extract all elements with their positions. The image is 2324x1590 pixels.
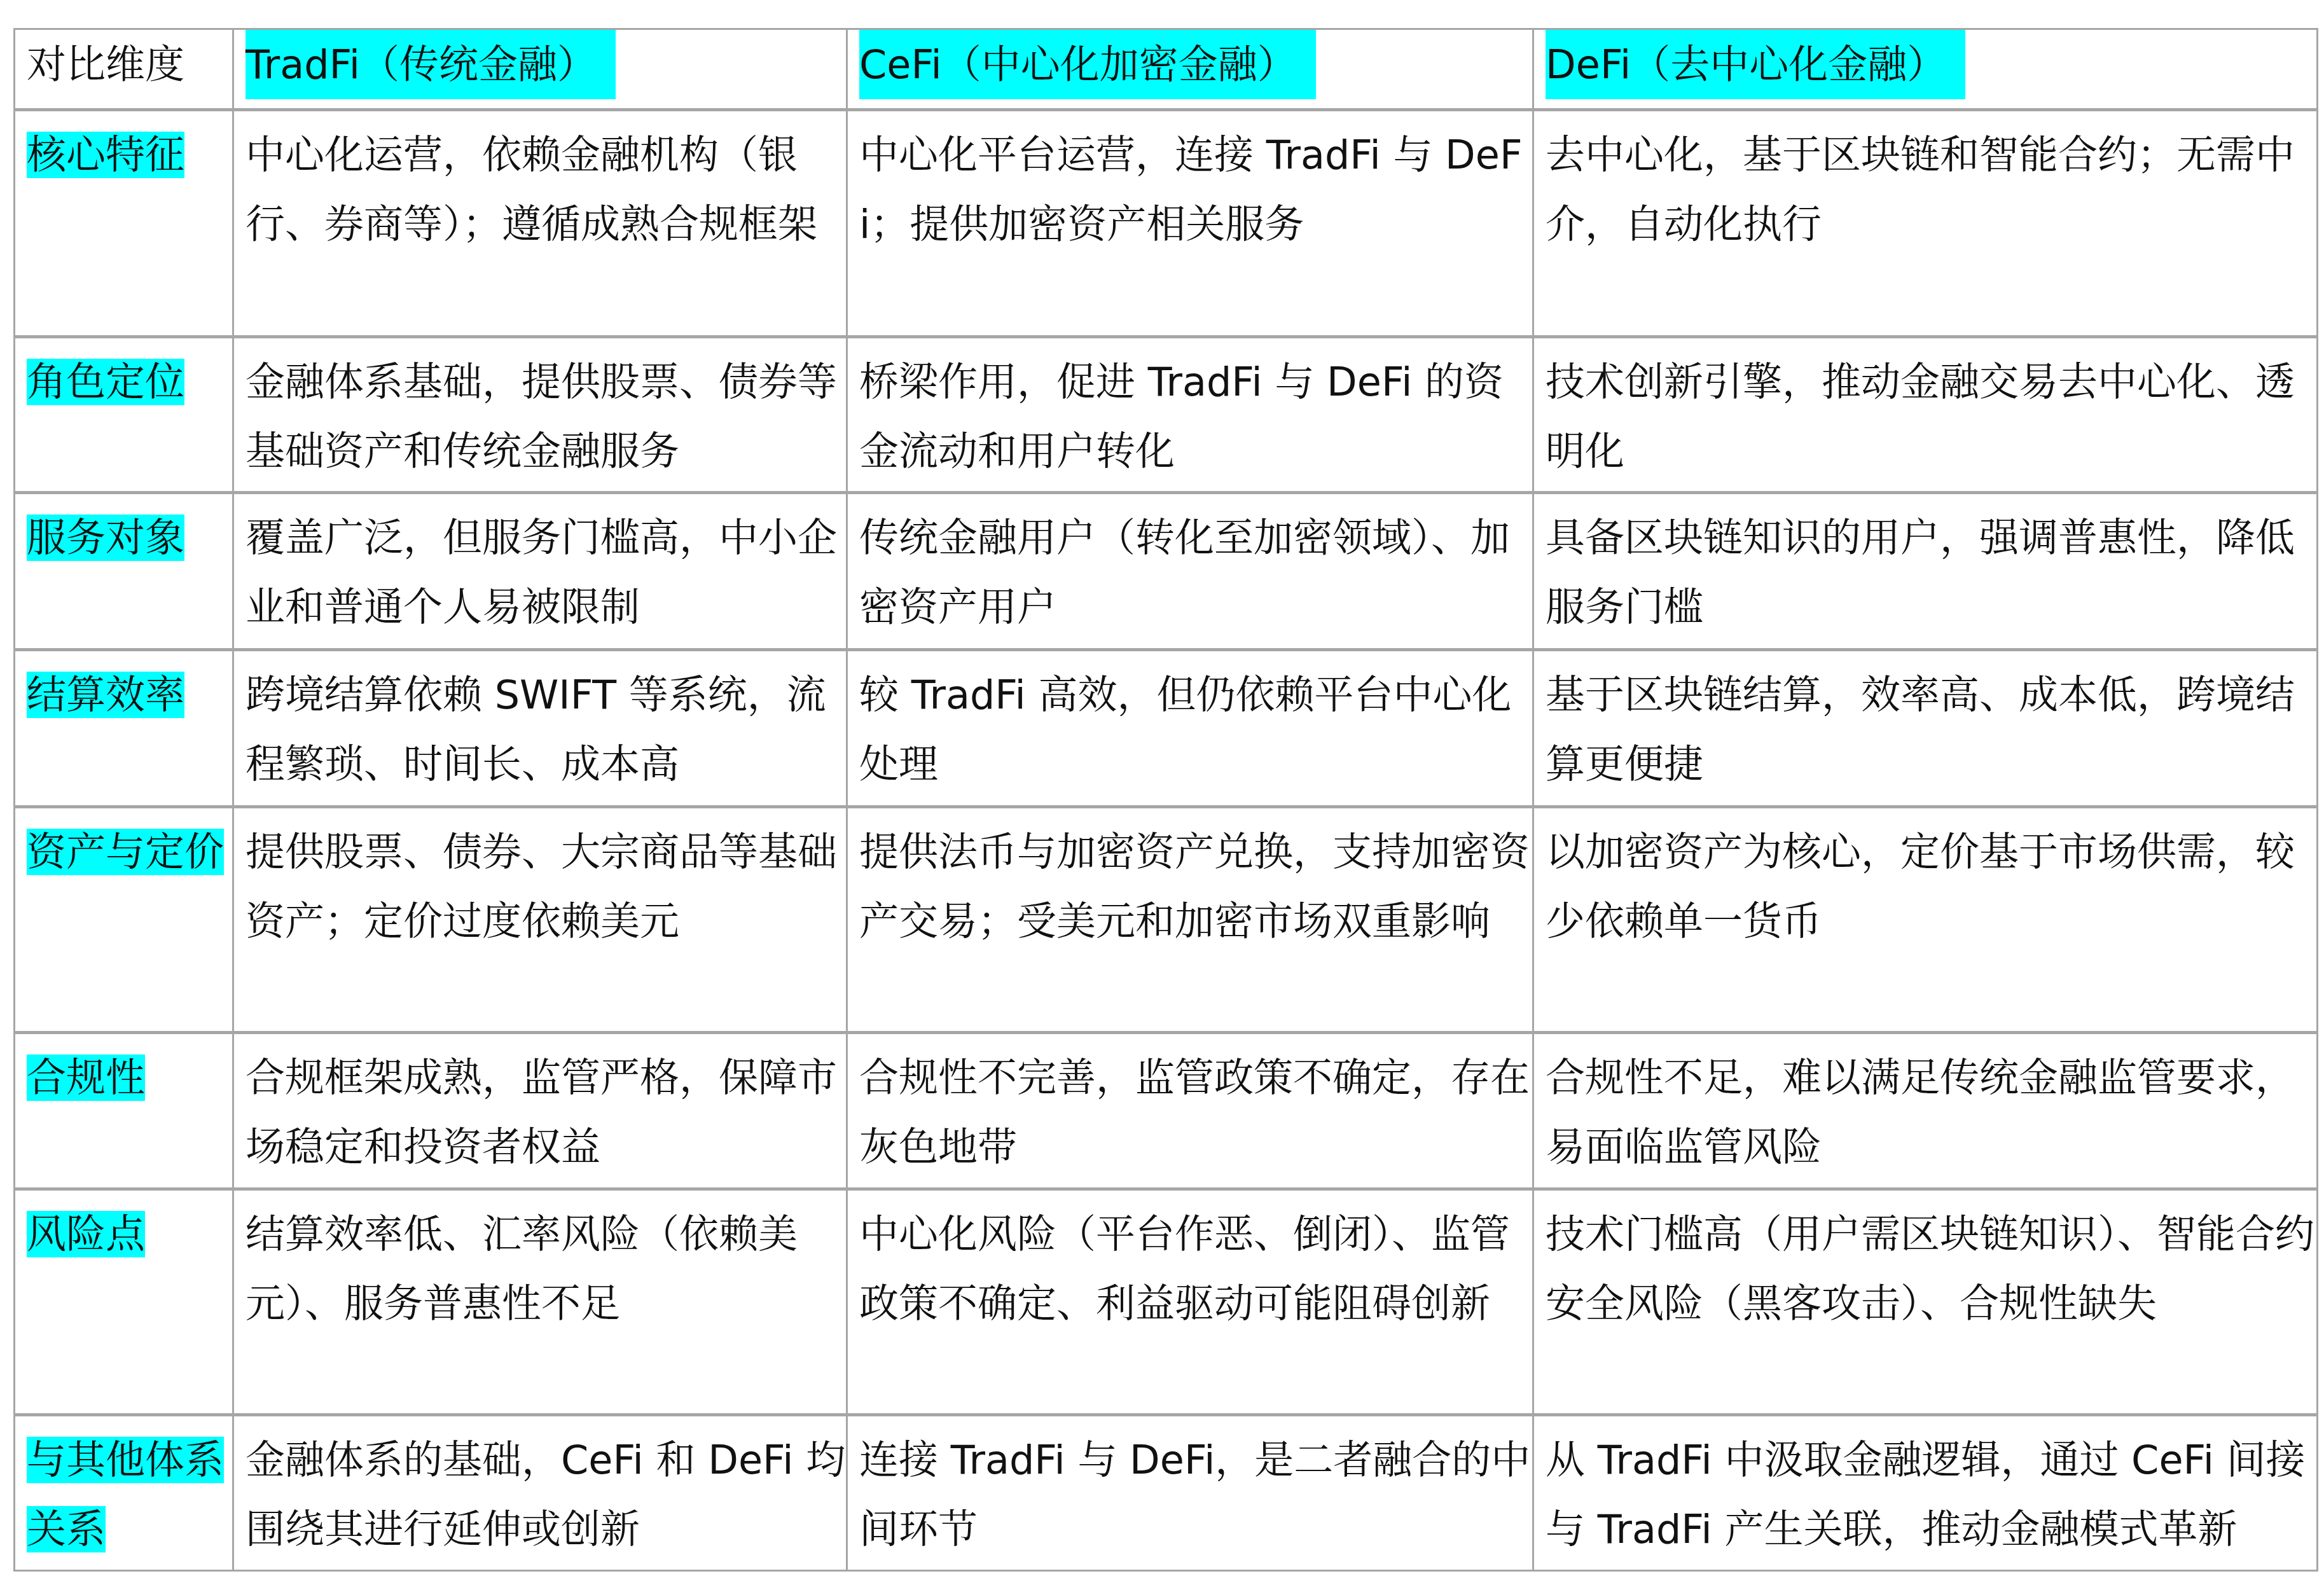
dimension-label: 风险点: [27, 1211, 145, 1257]
cell-tradfi: 金融体系的基础，CeFi 和 DeFi 均围绕其进行延伸或创新: [233, 1415, 847, 1571]
row-dimension: 角色定位: [15, 337, 233, 493]
cell-defi: 从 TradFi 中汲取金融逻辑，通过 CeFi 间接与 TradFi 产生关联…: [1533, 1415, 2318, 1571]
cell-tradfi: 金融体系基础，提供股票、债券等基础资产和传统金融服务: [233, 337, 847, 493]
cell-defi: 去中心化，基于区块链和智能合约；无需中介，自动化执行: [1533, 110, 2318, 337]
row-dimension: 服务对象: [15, 493, 233, 650]
header-defi-label: DeFi（去中心化金融）: [1546, 30, 1965, 99]
cell-tradfi: 跨境结算依赖 SWIFT 等系统，流程繁琐、时间长、成本高: [233, 650, 847, 807]
table-row: 合规性 合规框架成熟，监管严格，保障市场稳定和投资者权益 合规性不完善，监管政策…: [15, 1033, 2318, 1189]
table-row: 角色定位 金融体系基础，提供股票、债券等基础资产和传统金融服务 桥梁作用，促进 …: [15, 337, 2318, 493]
cell-tradfi: 覆盖广泛，但服务门槛高，中小企业和普通个人易被限制: [233, 493, 847, 650]
dimension-label: 核心特征: [27, 132, 184, 178]
dimension-label: 合规性: [27, 1054, 145, 1101]
cell-cefi: 桥梁作用，促进 TradFi 与 DeFi 的资金流动和用户转化: [847, 337, 1533, 493]
table-row: 结算效率 跨境结算依赖 SWIFT 等系统，流程繁琐、时间长、成本高 较 Tra…: [15, 650, 2318, 807]
cell-cefi: 中心化风险（平台作恶、倒闭）、监管政策不确定、利益驱动可能阻碍创新: [847, 1189, 1533, 1415]
header-tradfi-label: TradFi（传统金融）: [246, 30, 616, 99]
header-cefi: CeFi（中心化加密金融）: [847, 29, 1533, 110]
dimension-label: 服务对象: [27, 515, 184, 561]
dimension-label: 与其他体系关系: [27, 1437, 224, 1552]
dimension-label: 资产与定价: [27, 829, 224, 875]
row-dimension: 风险点: [15, 1189, 233, 1415]
cell-cefi: 连接 TradFi 与 DeFi，是二者融合的中间环节: [847, 1415, 1533, 1571]
row-dimension: 资产与定价: [15, 807, 233, 1033]
dimension-label: 结算效率: [27, 672, 184, 718]
table-header-row: 对比维度 TradFi（传统金融） CeFi（中心化加密金融） DeFi（去中心…: [15, 29, 2318, 110]
cell-tradfi: 提供股票、债券、大宗商品等基础资产；定价过度依赖美元: [233, 807, 847, 1033]
cell-cefi: 传统金融用户（转化至加密领域）、加密资产用户: [847, 493, 1533, 650]
dimension-label: 角色定位: [27, 359, 184, 405]
header-cefi-label: CeFi（中心化加密金融）: [859, 30, 1316, 99]
header-defi: DeFi（去中心化金融）: [1533, 29, 2318, 110]
cell-defi: 合规性不足，难以满足传统金融监管要求，易面临监管风险: [1533, 1033, 2318, 1189]
cell-cefi: 较 TradFi 高效，但仍依赖平台中心化处理: [847, 650, 1533, 807]
cell-tradfi: 结算效率低、汇率风险（依赖美元）、服务普惠性不足: [233, 1189, 847, 1415]
cell-cefi: 提供法币与加密资产兑换，支持加密资产交易；受美元和加密市场双重影响: [847, 807, 1533, 1033]
cell-cefi: 合规性不完善，监管政策不确定，存在灰色地带: [847, 1033, 1533, 1189]
cell-defi: 基于区块链结算，效率高、成本低，跨境结算更便捷: [1533, 650, 2318, 807]
row-dimension: 核心特征: [15, 110, 233, 337]
row-dimension: 合规性: [15, 1033, 233, 1189]
cell-defi: 技术门槛高（用户需区块链知识）、智能合约安全风险（黑客攻击）、合规性缺失: [1533, 1189, 2318, 1415]
comparison-table: 对比维度 TradFi（传统金融） CeFi（中心化加密金融） DeFi（去中心…: [13, 28, 2318, 1572]
table-row: 服务对象 覆盖广泛，但服务门槛高，中小企业和普通个人易被限制 传统金融用户（转化…: [15, 493, 2318, 650]
table-row: 与其他体系关系 金融体系的基础，CeFi 和 DeFi 均围绕其进行延伸或创新 …: [15, 1415, 2318, 1571]
header-dimension-label: 对比维度: [27, 41, 184, 88]
table-row: 核心特征 中心化运营，依赖金融机构（银行、券商等）；遵循成熟合规框架 中心化平台…: [15, 110, 2318, 337]
cell-defi: 以加密资产为核心，定价基于市场供需，较少依赖单一货币: [1533, 807, 2318, 1033]
cell-defi: 具备区块链知识的用户，强调普惠性，降低服务门槛: [1533, 493, 2318, 650]
header-dimension: 对比维度: [15, 29, 233, 110]
cell-cefi: 中心化平台运营，连接 TradFi 与 DeFi；提供加密资产相关服务: [847, 110, 1533, 337]
cell-tradfi: 中心化运营，依赖金融机构（银行、券商等）；遵循成熟合规框架: [233, 110, 847, 337]
cell-defi: 技术创新引擎，推动金融交易去中心化、透明化: [1533, 337, 2318, 493]
cell-tradfi: 合规框架成熟，监管严格，保障市场稳定和投资者权益: [233, 1033, 847, 1189]
row-dimension: 与其他体系关系: [15, 1415, 233, 1571]
header-tradfi: TradFi（传统金融）: [233, 29, 847, 110]
table-row: 风险点 结算效率低、汇率风险（依赖美元）、服务普惠性不足 中心化风险（平台作恶、…: [15, 1189, 2318, 1415]
table-row: 资产与定价 提供股票、债券、大宗商品等基础资产；定价过度依赖美元 提供法币与加密…: [15, 807, 2318, 1033]
row-dimension: 结算效率: [15, 650, 233, 807]
